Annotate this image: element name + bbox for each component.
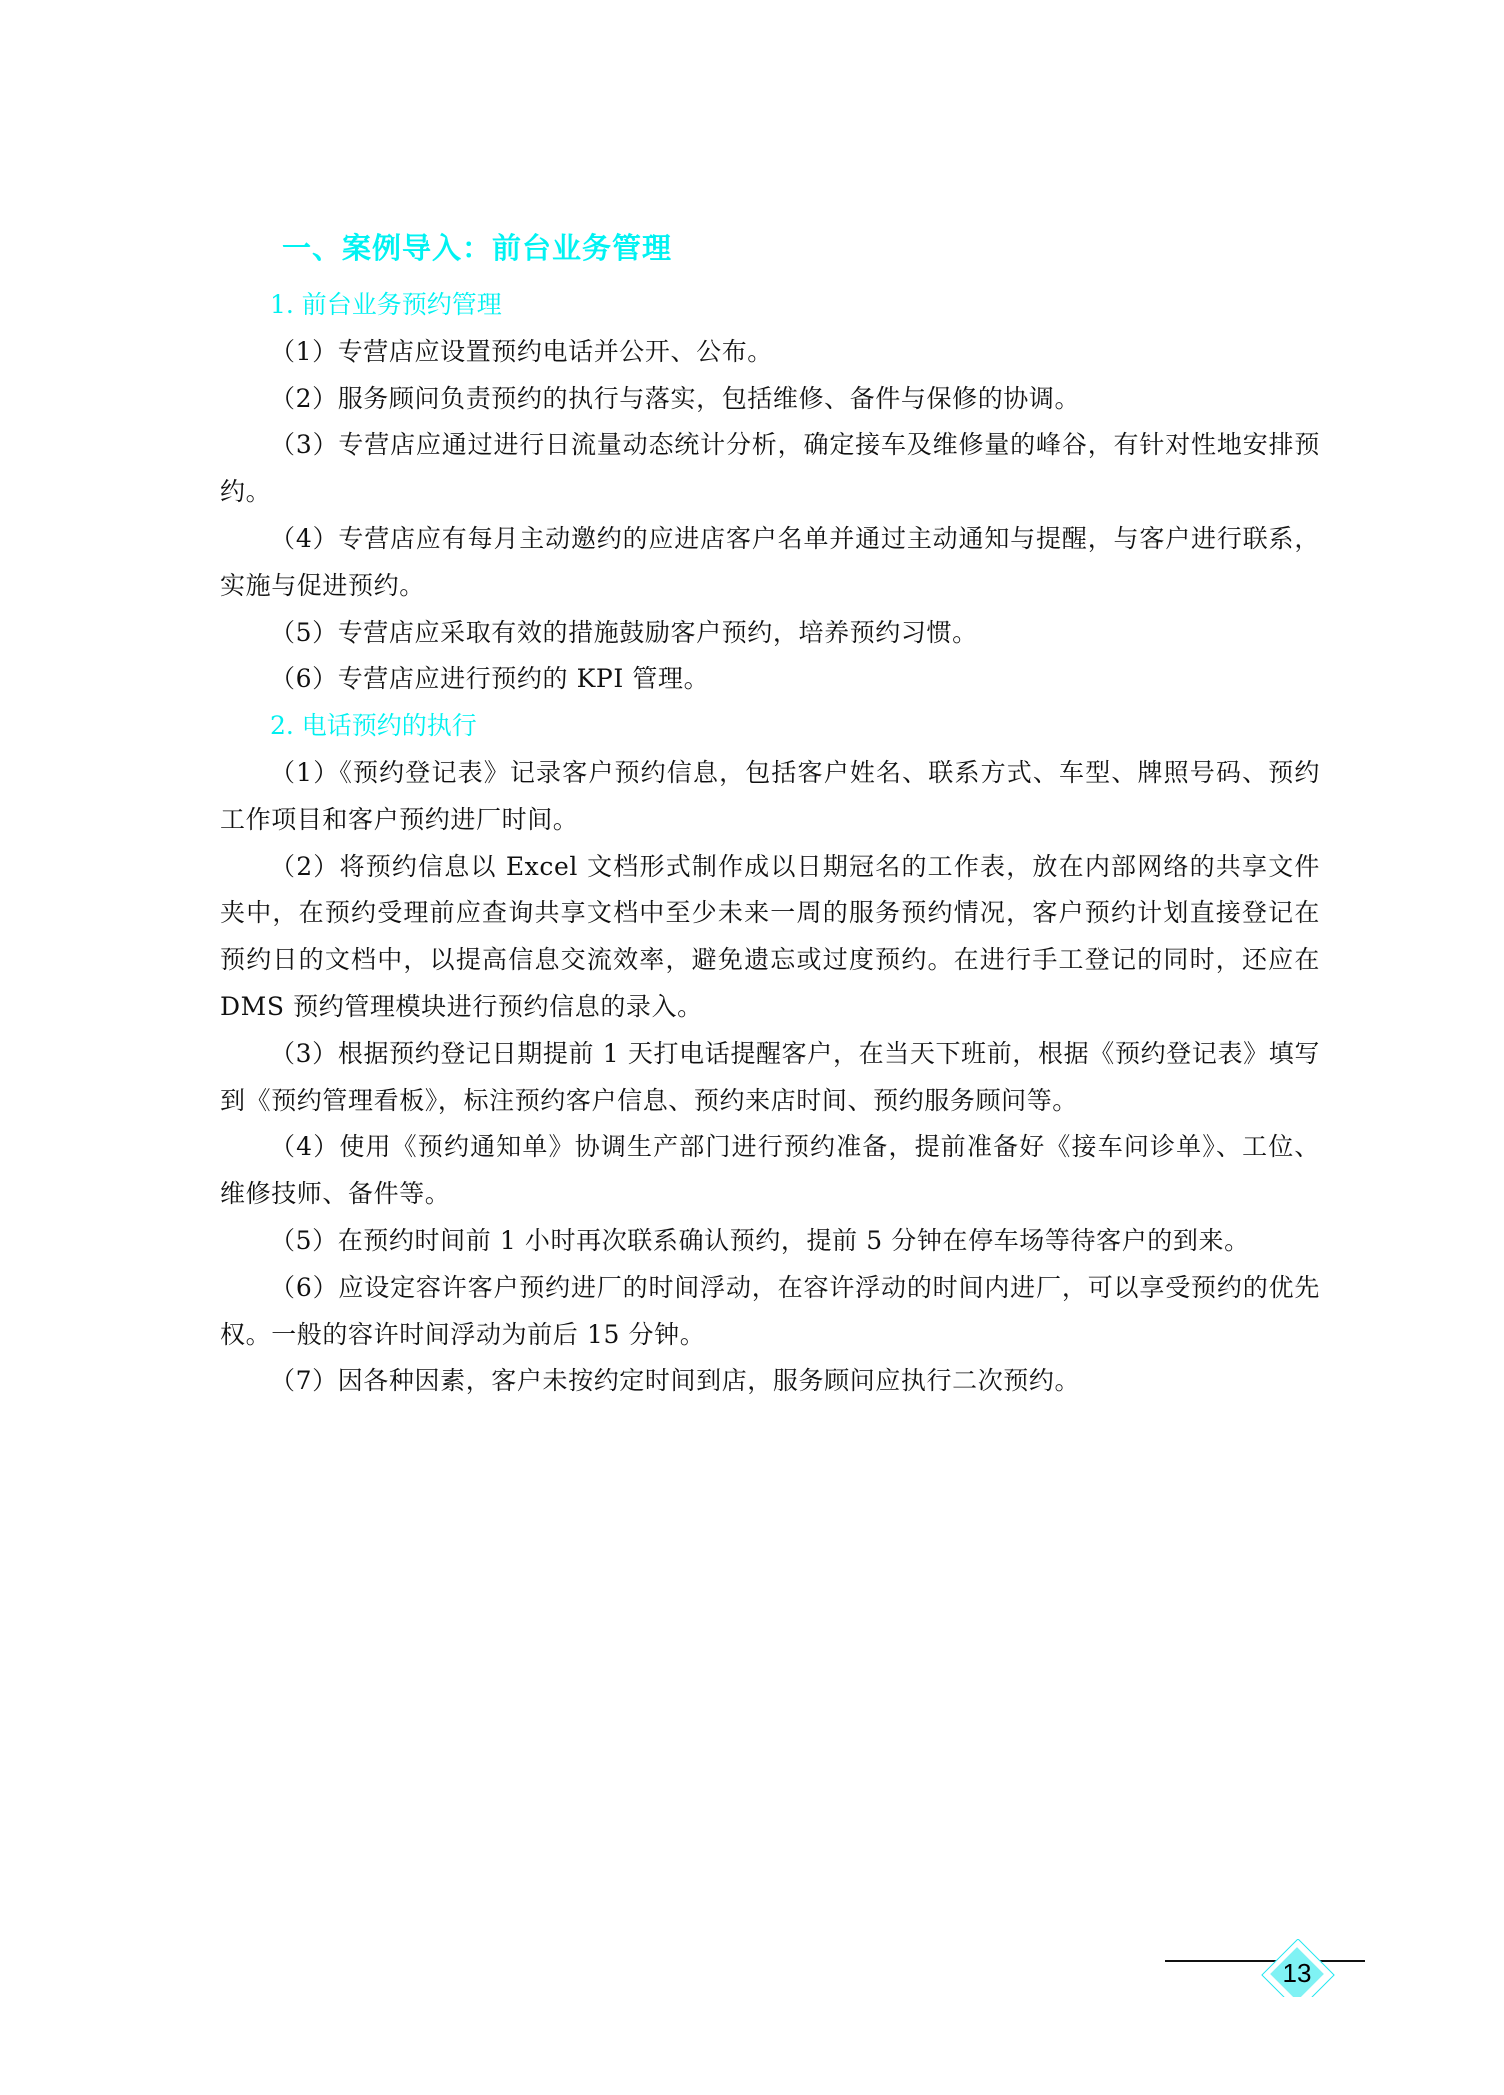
paragraph: （7）因各种因素，客户未按约定时间到店，服务顾问应执行二次预约。 (220, 1358, 1320, 1405)
paragraph: （1）《预约登记表》记录客户预约信息，包括客户姓名、联系方式、车型、牌照号码、预… (220, 750, 1320, 844)
paragraph: （3）根据预约登记日期提前 1 天打电话提醒客户，在当天下班前，根据《预约登记表… (220, 1031, 1320, 1125)
paragraph: （4）使用《预约通知单》协调生产部门进行预约准备，提前准备好《接车问诊单》、工位… (220, 1124, 1320, 1218)
paragraph: （6）专营店应进行预约的 KPI 管理。 (220, 656, 1320, 703)
subsection-title-appointment-management: 1. 前台业务预约管理 (220, 282, 1320, 329)
paragraph: （2）服务顾问负责预约的执行与落实，包括维修、备件与保修的协调。 (220, 376, 1320, 423)
paragraph: （6）应设定容许客户预约进厂的时间浮动，在容许浮动的时间内进厂，可以享受预约的优… (220, 1265, 1320, 1359)
paragraph: （5）专营店应采取有效的措施鼓励客户预约，培养预约习惯。 (220, 610, 1320, 657)
badge-bottom-mask (1258, 1997, 1336, 2009)
body-text: 1. 前台业务预约管理 （1）专营店应设置预约电话并公开、公布。 （2）服务顾问… (220, 282, 1320, 1405)
paragraph: （3）专营店应通过进行日流量动态统计分析，确定接车及维修量的峰谷，有针对性地安排… (220, 422, 1320, 516)
paragraph: （4）专营店应有每月主动邀约的应进店客户名单并通过主动通知与提醒，与客户进行联系… (220, 516, 1320, 610)
paragraph: （2）将预约信息以 Excel 文档形式制作成以日期冠名的工作表，放在内部网络的… (220, 844, 1320, 1031)
subsection-title-phone-appointment: 2. 电话预约的执行 (220, 703, 1320, 750)
paragraph: （1）专营店应设置预约电话并公开、公布。 (220, 329, 1320, 376)
paragraph: （5）在预约时间前 1 小时再次联系确认预约，提前 5 分钟在停车场等待客户的到… (220, 1218, 1320, 1265)
page-number: 13 (1258, 1956, 1336, 1990)
page-number-badge: 13 (1258, 1939, 1336, 2009)
section-heading: 一、案例导入：前台业务管理 (282, 229, 672, 267)
